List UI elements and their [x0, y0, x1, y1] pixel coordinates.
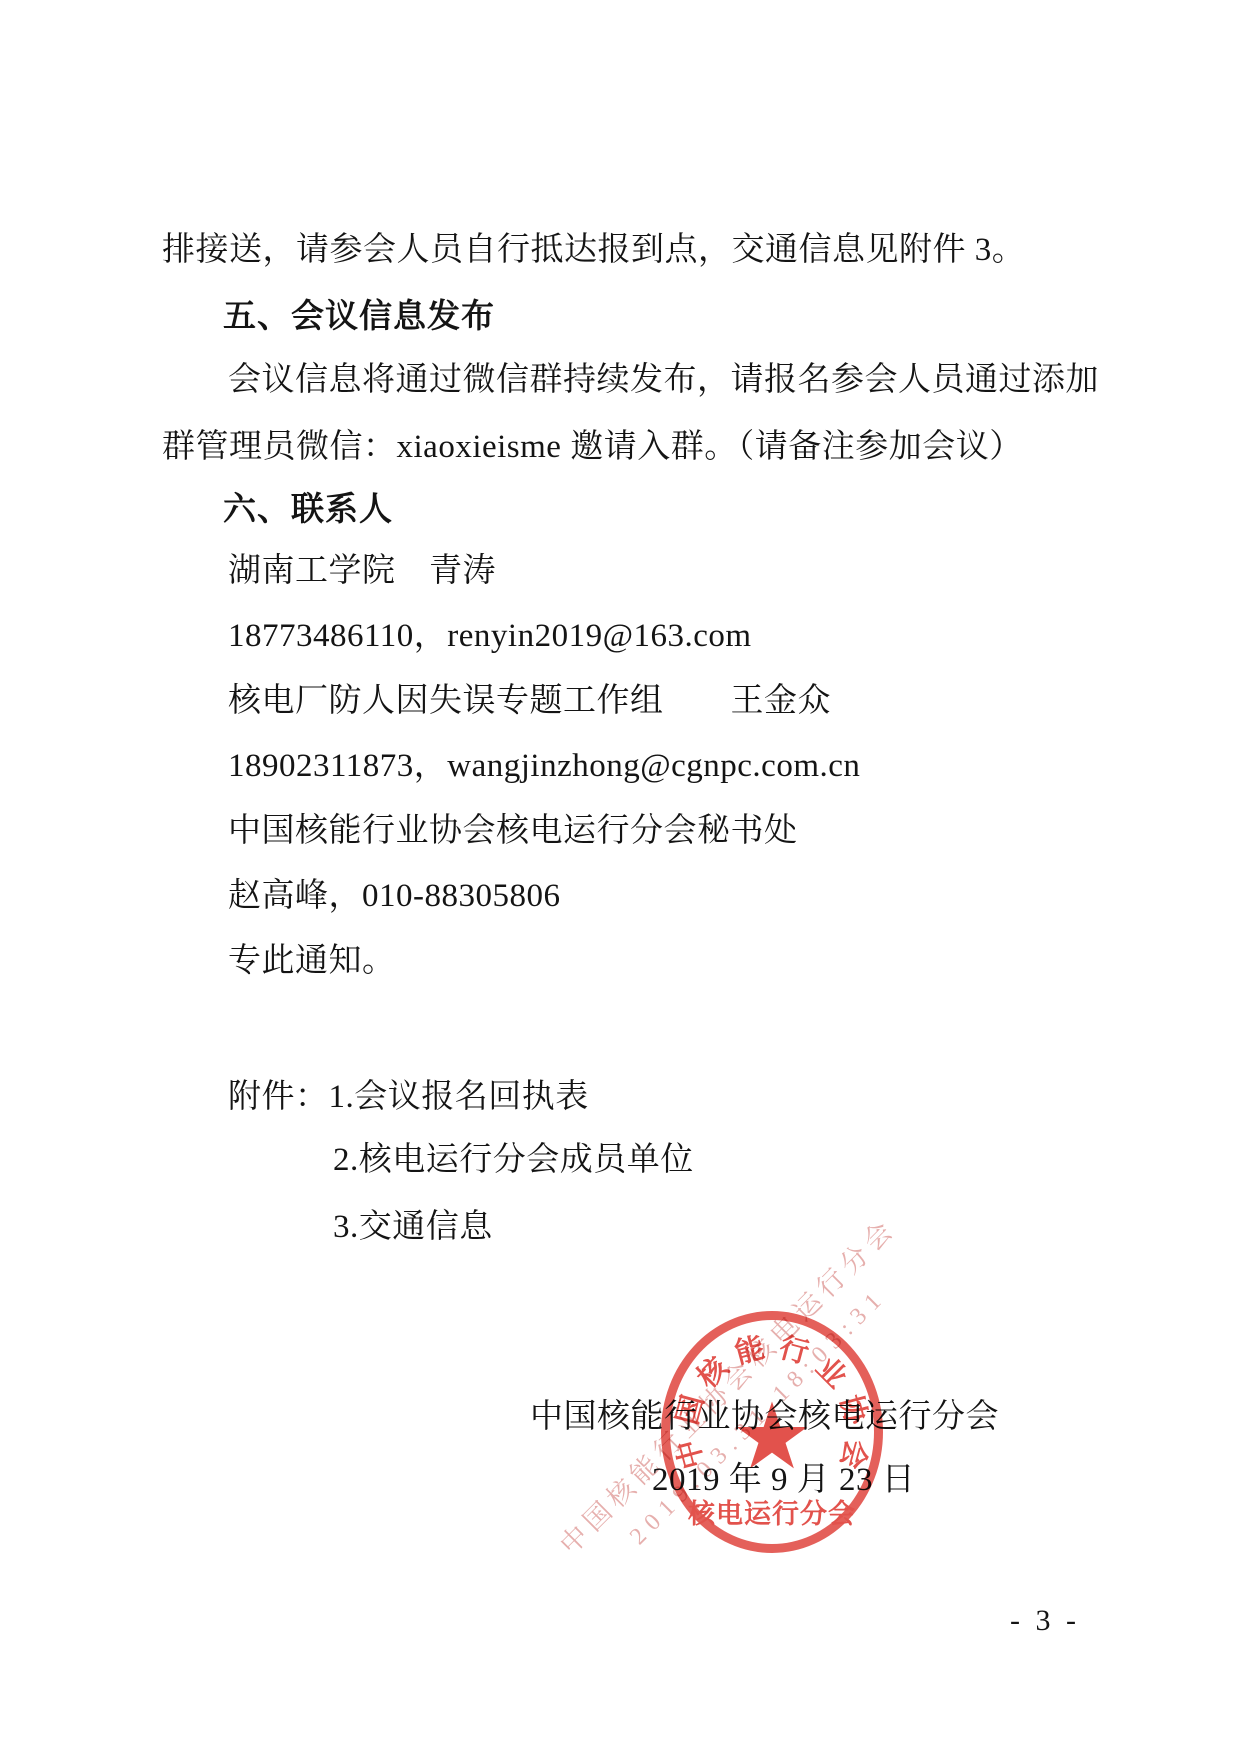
section5-paragraph-line2: 群管理员微信：xiaoxieisme 邀请入群。（请备注参加会议）: [162, 425, 1023, 469]
seal-star-icon: ★: [661, 1391, 883, 1483]
section6-heading: 六、联系人: [223, 487, 393, 531]
contact-line: 中国核能行业协会核电运行分会秘书处: [228, 809, 798, 853]
section5-heading: 五、会议信息发布: [223, 294, 495, 338]
text-layer: 排接送，请参会人员自行抵达报到点，交通信息见附件 3。 五、会议信息发布 会议信…: [0, 0, 1241, 1754]
contact-line: 核电厂防人因失误专题工作组 王金众: [228, 679, 831, 723]
document-page: 排接送，请参会人员自行抵达报到点，交通信息见附件 3。 五、会议信息发布 会议信…: [0, 0, 1241, 1754]
official-seal: 中国核能行业协会 ★ 核电运行分会: [661, 1311, 883, 1553]
contact-line: 赵高峰，010-88305806: [228, 874, 561, 918]
seal-bottom-text: 核电运行分会: [661, 1499, 883, 1529]
intro-line: 排接送，请参会人员自行抵达报到点，交通信息见附件 3。: [162, 228, 1025, 272]
contact-line: 湖南工学院 青涛: [228, 549, 496, 593]
attachment-item: 2.核电运行分会成员单位: [333, 1138, 694, 1182]
section5-paragraph-line1: 会议信息将通过微信群持续发布，请报名参会人员通过添加: [228, 358, 1099, 402]
attachment-item: 3.交通信息: [333, 1205, 493, 1249]
attachments-line: 附件：1.会议报名回执表: [228, 1075, 589, 1119]
contact-line: 18773486110，renyin2019@163.com: [228, 614, 752, 658]
closing-line: 专此通知。: [228, 939, 396, 983]
contact-line: 18902311873，wangjinzhong@cgnpc.com.cn: [228, 744, 860, 788]
page-number: - 3 -: [985, 1601, 1105, 1641]
